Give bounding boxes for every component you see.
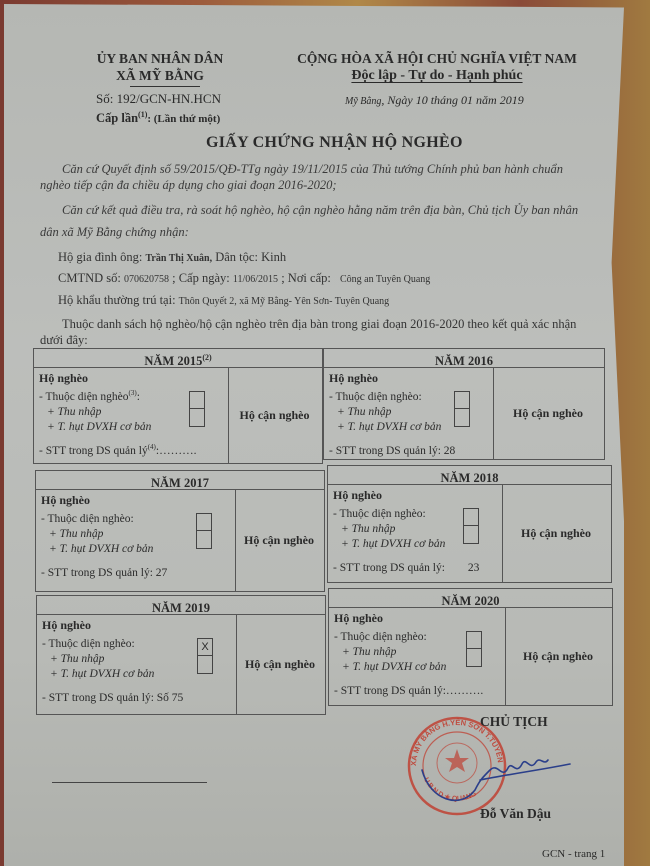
stt-value: : Số 75 — [151, 692, 184, 704]
issue-footnote: (1) — [138, 110, 147, 119]
near-poor-section: Hộ cận nghèo — [501, 484, 611, 582]
stt-value: : 28 — [438, 445, 456, 457]
near-poor-label: Hộ cận nghèo — [521, 526, 591, 541]
year-header: NĂM 2020 — [329, 589, 612, 608]
income-label: Thu nhập — [348, 406, 392, 418]
issue-value: : (Lần thứ một) — [147, 113, 220, 125]
preamble-paragraph-1: Căn cứ Quyết định số 59/2015/QĐ-TTg ngày… — [40, 161, 595, 193]
deficit-checkbox[interactable] — [189, 409, 205, 427]
poor-label: Hộ nghèo — [39, 371, 223, 386]
document-title: GIẤY CHỨNG NHẬN HỘ NGHÈO — [206, 134, 463, 152]
ethnicity-label: Dân tộc: — [215, 250, 258, 264]
household-head-label: Hộ gia đình ông: — [58, 250, 142, 264]
stt-label: - STT trong DS quản lý — [39, 445, 148, 457]
deficit-label: T. hụt DVXH cơ bản — [352, 538, 446, 550]
poor-household-section: Hộ nghèo- Thuộc diện nghèo:+ Thu nhập+ T… — [36, 489, 236, 591]
near-poor-section: Hộ cận nghèo — [227, 367, 322, 463]
income-checkbox[interactable] — [463, 508, 479, 526]
stt-label: - STT trong DS quản lý — [333, 562, 442, 574]
national-header: CỘNG HÒA XÃ HỘI CHỦ NGHĨA VIỆT NAM Độc l… — [292, 50, 582, 84]
deficit-label: T. hụt DVXH cơ bản — [348, 421, 442, 433]
preamble-paragraph-2: Căn cứ kết quả điều tra, rà soát hộ nghè… — [40, 199, 595, 243]
near-poor-section: Hộ cận nghèo — [235, 614, 325, 714]
deficit-checkbox[interactable] — [197, 656, 213, 674]
deficit-label: T. hụt DVXH cơ bản — [60, 543, 154, 555]
year-header: NĂM 2018 — [328, 466, 611, 485]
deficit-checkbox[interactable] — [196, 531, 212, 549]
stt-value: : 23 — [442, 562, 480, 574]
national-motto: Độc lập - Tự do - Hạnh phúc — [292, 67, 582, 84]
year-box-2018: NĂM 2018Hộ nghèo- Thuộc diện nghèo:+ Thu… — [327, 465, 612, 583]
near-poor-section: Hộ cận nghèo — [504, 607, 612, 705]
category-label: - Thuộc diện nghèo — [329, 391, 419, 403]
category-label: - Thuộc diện nghèo — [39, 391, 129, 403]
issue-place: Mỹ Bằng — [345, 96, 381, 107]
deficit-checkbox[interactable] — [454, 409, 470, 427]
near-poor-label: Hộ cận nghèo — [513, 406, 583, 421]
poor-household-section: Hộ nghèo- Thuộc diện nghèo(3):+ Thu nhập… — [34, 367, 229, 463]
address-label: Hộ khẩu thường trú tại: — [58, 293, 176, 307]
income-checkbox[interactable]: X — [197, 638, 213, 656]
near-poor-label: Hộ cận nghèo — [245, 657, 315, 672]
income-label: Thu nhập — [352, 523, 396, 535]
poor-label: Hộ nghèo — [329, 371, 488, 386]
near-poor-section: Hộ cận nghèo — [492, 367, 604, 459]
income-checkbox[interactable] — [466, 631, 482, 649]
category-label: - Thuộc diện nghèo — [333, 508, 423, 520]
income-checkbox[interactable] — [454, 391, 470, 409]
stt-value: :………. — [443, 685, 484, 697]
category-label: - Thuộc diện nghèo — [334, 631, 424, 643]
year-header: NĂM 2016 — [324, 349, 604, 368]
signer-name: Đỗ Văn Dậu — [480, 806, 551, 822]
list-intro: Thuộc danh sách hộ nghèo/hộ cận nghèo tr… — [40, 316, 595, 348]
year-header: NĂM 2017 — [36, 471, 324, 490]
category-label: - Thuộc diện nghèo — [42, 638, 132, 650]
stt-footnote: (4) — [148, 443, 156, 451]
year-box-2020: NĂM 2020Hộ nghèo- Thuộc diện nghèo:+ Thu… — [328, 588, 613, 706]
household-head-line: Hộ gia đình ông: Trần Thị Xuân, Dân tộc:… — [58, 250, 286, 265]
issue-date-text: , Ngày 10 tháng 01 năm 2019 — [381, 93, 523, 107]
stt-label: - STT trong DS quản lý — [42, 692, 151, 704]
id-issue-date: 11/06/2015 — [233, 274, 278, 285]
signature-line-left — [52, 782, 207, 783]
poor-household-section: Hộ nghèo- Thuộc diện nghèo:+ Thu nhập+ T… — [324, 367, 494, 459]
near-poor-label: Hộ cận nghèo — [239, 408, 309, 423]
near-poor-label: Hộ cận nghèo — [244, 533, 314, 548]
address-line: Hộ khẩu thường trú tại: Thôn Quyết 2, xã… — [58, 293, 389, 308]
income-label: Thu nhập — [353, 646, 397, 658]
id-label: CMTND số: — [58, 271, 121, 285]
year-footnote: (2) — [202, 353, 211, 362]
issuing-authority: ỦY BAN NHÂN DÂN XÃ MỸ BẰNG — [60, 50, 260, 84]
near-poor-section: Hộ cận nghèo — [234, 489, 324, 591]
year-box-2016: NĂM 2016Hộ nghèo- Thuộc diện nghèo:+ Thu… — [323, 348, 605, 460]
id-number: 070620758 — [124, 274, 169, 285]
stt-value: :………. — [156, 445, 197, 457]
id-issue-place-label: ; Nơi cấp: — [281, 271, 331, 285]
poor-household-section: Hộ nghèo- Thuộc diện nghèo:+ Thu nhập+ T… — [328, 484, 503, 582]
year-box-2019: NĂM 2019Hộ nghèo- Thuộc diện nghèo:+ Thu… — [36, 595, 326, 715]
stt-value: : 27 — [150, 567, 168, 579]
income-label: Thu nhập — [60, 528, 104, 540]
income-checkbox[interactable] — [189, 391, 205, 409]
authority-divider — [130, 86, 200, 87]
household-head-name: Trần Thị Xuân, — [146, 253, 213, 264]
poor-label: Hộ nghèo — [42, 618, 231, 633]
year-box-2015: NĂM 2015(2)Hộ nghèo- Thuộc diện nghèo(3)… — [33, 348, 323, 464]
deficit-checkbox[interactable] — [463, 526, 479, 544]
stt-label: - STT trong DS quản lý — [334, 685, 443, 697]
stt-label: - STT trong DS quản lý — [329, 445, 438, 457]
poor-label: Hộ nghèo — [334, 611, 500, 626]
deficit-label: T. hụt DVXH cơ bản — [61, 668, 155, 680]
deficit-label: T. hụt DVXH cơ bản — [58, 421, 152, 433]
poor-household-section: Hộ nghèo- Thuộc diện nghèo:+ Thu nhập+ T… — [37, 614, 237, 714]
issue-date: Mỹ Bằng, Ngày 10 tháng 01 năm 2019 — [345, 93, 524, 108]
income-checkbox[interactable] — [196, 513, 212, 531]
page-number: GCN - trang 1 — [542, 848, 605, 860]
authority-line-2: XÃ MỸ BẰNG — [60, 67, 260, 84]
year-header: NĂM 2015(2) — [34, 349, 322, 368]
id-card-line: CMTND số: 070620758 ; Cấp ngày: 11/06/20… — [58, 271, 430, 286]
authority-line-1: ỦY BAN NHÂN DÂN — [60, 50, 260, 67]
near-poor-label: Hộ cận nghèo — [523, 649, 593, 664]
income-label: Thu nhập — [61, 653, 105, 665]
ethnicity-value: Kinh — [261, 250, 286, 264]
id-issue-date-label: ; Cấp ngày: — [172, 271, 230, 285]
issue-label: Cấp lần — [96, 111, 138, 125]
poor-household-section: Hộ nghèo- Thuộc diện nghèo:+ Thu nhập+ T… — [329, 607, 506, 705]
id-issue-place: Công an Tuyên Quang — [340, 274, 430, 285]
address-value: Thôn Quyết 2, xã Mỹ Bằng- Yên Sơn- Tuyên… — [179, 296, 389, 307]
deficit-label: T. hụt DVXH cơ bản — [353, 661, 447, 673]
year-box-2017: NĂM 2017Hộ nghèo- Thuộc diện nghèo:+ Thu… — [35, 470, 325, 592]
poor-label: Hộ nghèo — [333, 488, 497, 503]
category-label: - Thuộc diện nghèo — [41, 513, 131, 525]
issue-count: Cấp lần(1): (Lần thứ một) — [96, 110, 220, 126]
poor-label: Hộ nghèo — [41, 493, 230, 508]
document-number: Số: 192/GCN-HN.HCN — [96, 91, 221, 107]
signer-position: CHỦ TỊCH — [480, 714, 548, 730]
category-footnote: (3) — [129, 389, 137, 397]
handwritten-signature-icon — [420, 750, 580, 810]
income-label: Thu nhập — [58, 406, 102, 418]
year-header: NĂM 2019 — [37, 596, 325, 615]
deficit-checkbox[interactable] — [466, 649, 482, 667]
country-name: CỘNG HÒA XÃ HỘI CHỦ NGHĨA VIỆT NAM — [292, 50, 582, 67]
stt-label: - STT trong DS quản lý — [41, 567, 150, 579]
